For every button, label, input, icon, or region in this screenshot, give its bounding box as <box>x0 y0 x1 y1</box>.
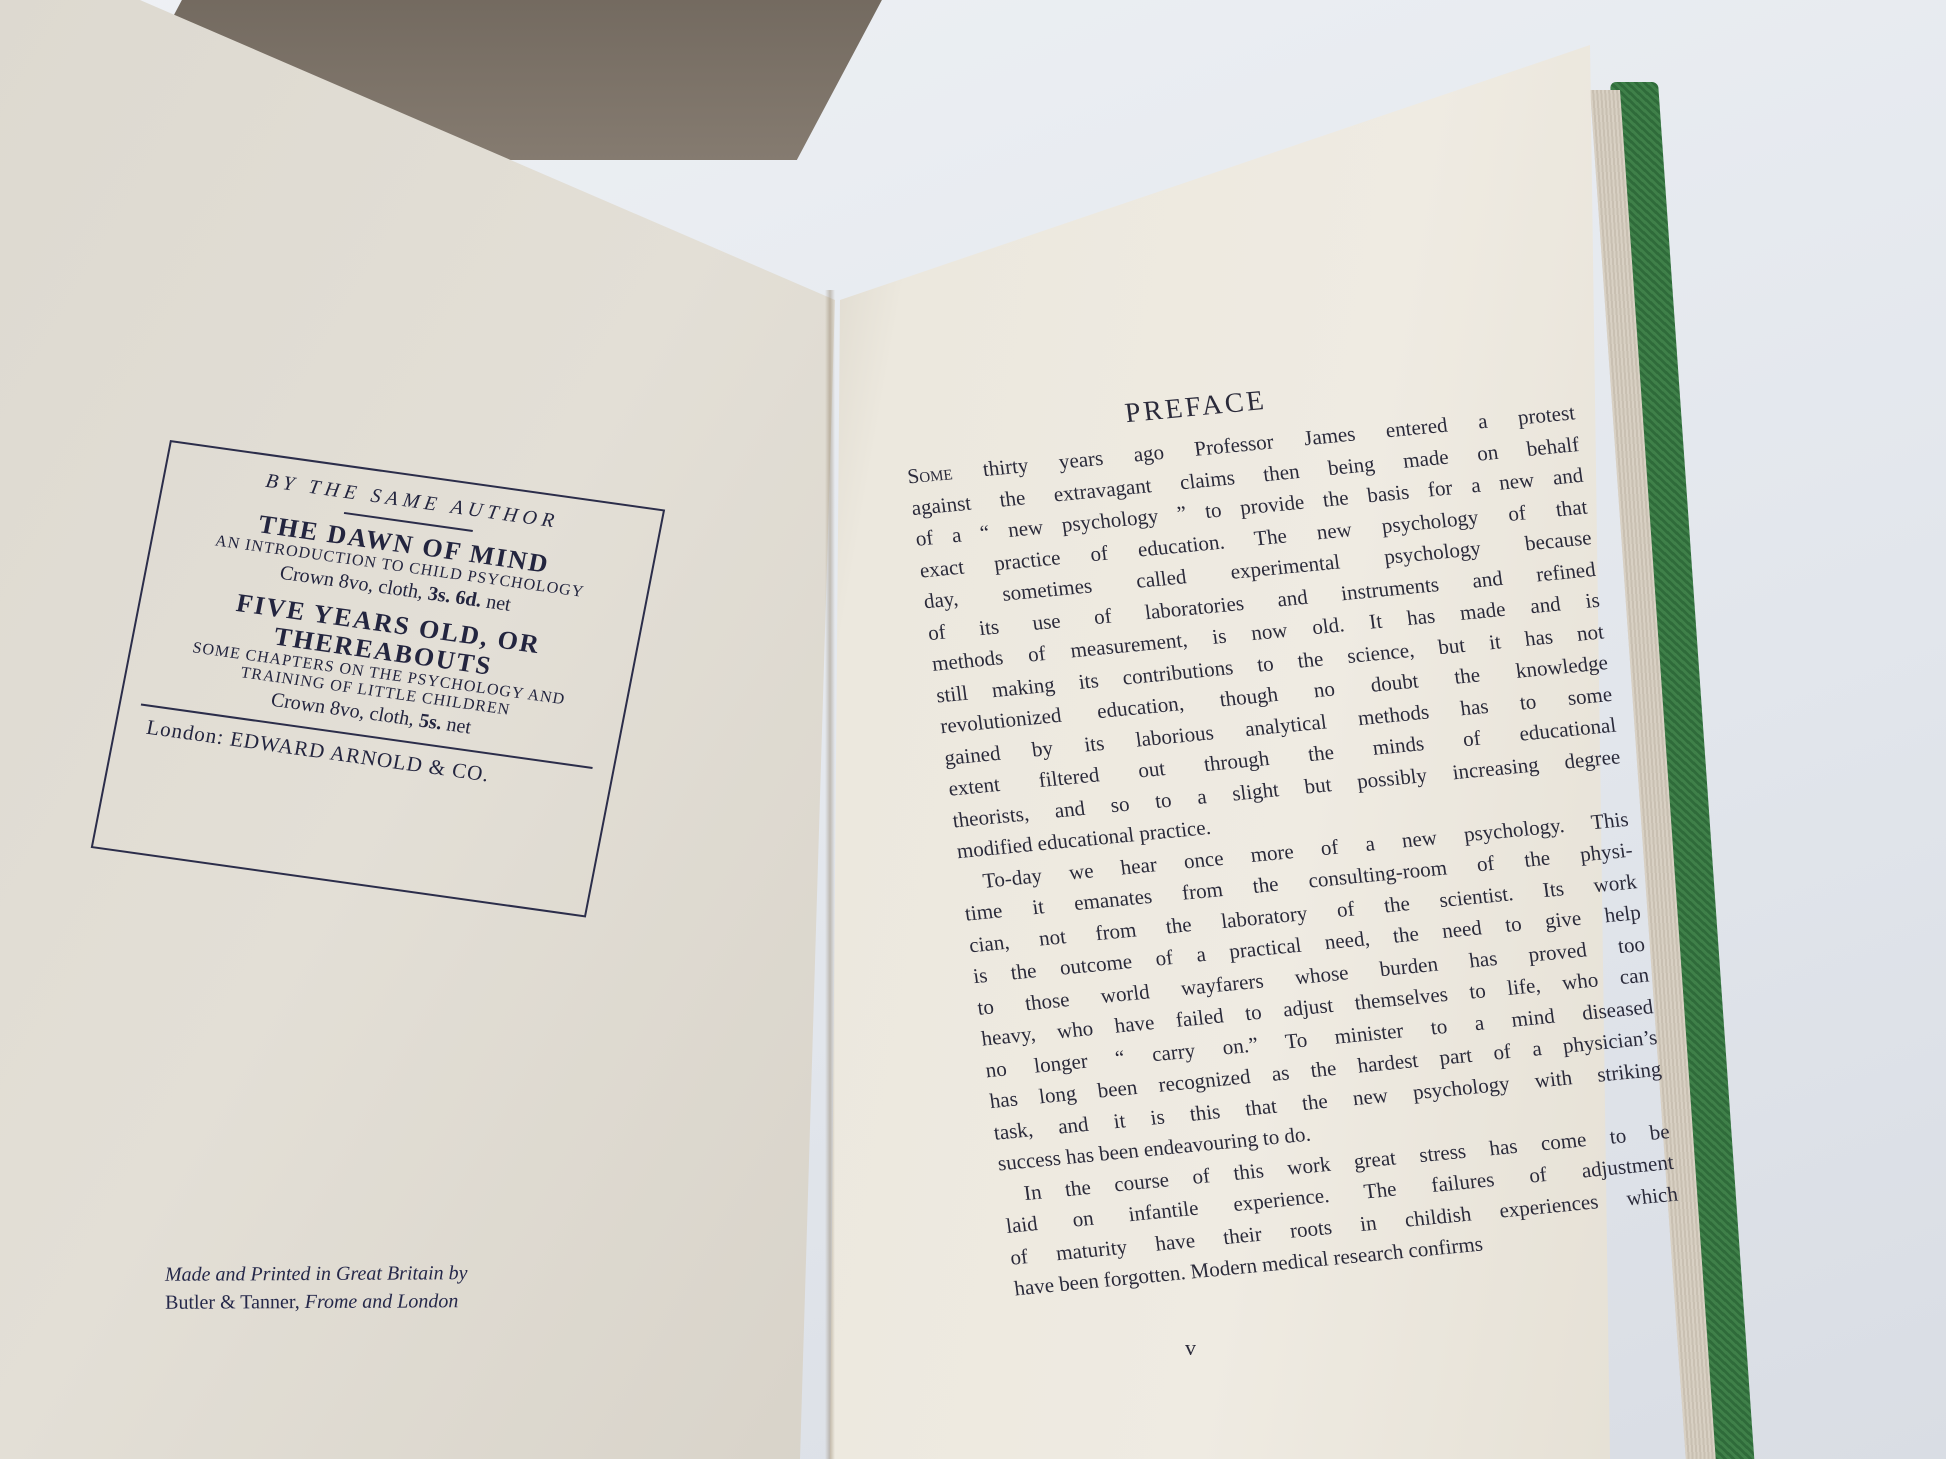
same-author-advertisement: BY THE SAME AUTHOR THE DAWN OF MIND AN I… <box>91 440 665 918</box>
page-number: v <box>1185 1335 1196 1361</box>
book-gutter <box>825 290 835 1459</box>
preface-text-block: PREFACE Some thirty years ago Professor … <box>900 356 1684 1305</box>
printer-line-1: Made and Printed in Great Britain by <box>165 1259 468 1289</box>
book-price-suffix: net <box>484 591 512 616</box>
printer-name: Butler & Tanner, <box>165 1291 300 1314</box>
printer-location: Frome and London <box>305 1290 459 1313</box>
book-price: 5s. <box>417 710 444 735</box>
book-price-suffix: net <box>445 713 473 738</box>
photo-scene: BY THE SAME AUTHOR THE DAWN OF MIND AN I… <box>0 0 1946 1459</box>
printer-line-2: Butler & Tanner, Frome and London <box>165 1287 468 1317</box>
printer-imprint: Made and Printed in Great Britain by But… <box>165 1259 468 1317</box>
preface-body: Some thirty years ago Professor James en… <box>905 397 1683 1304</box>
opening-smallcaps: Some <box>906 460 954 488</box>
